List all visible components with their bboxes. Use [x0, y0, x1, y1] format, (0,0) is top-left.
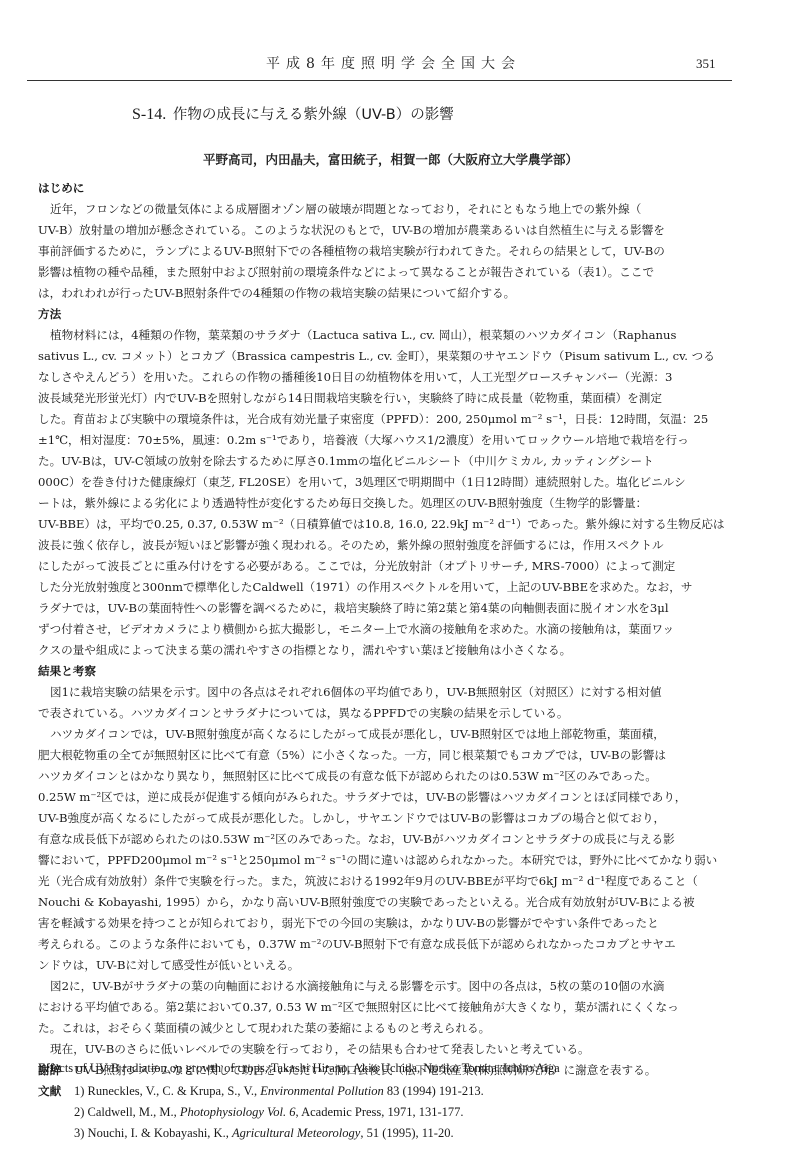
paragraph-line: した。育苗および実験中の環境条件は，光合成有効光量子束密度（PPFD）：200,…: [38, 409, 718, 430]
paragraph-line: 有意な成長低下が認められたのは0.53W m⁻²区のみであった。なお，UV-Bが…: [38, 829, 718, 850]
reference-authors: 3) Nouchi, I. & Kobayashi, K.,: [74, 1126, 232, 1140]
paragraph-line: 現在，UV-Bのさらに低いレベルでの実験を行っており，その結果も合わせて発表した…: [38, 1039, 718, 1060]
page-number: 351: [696, 56, 716, 72]
title-text: 作物の成長に与える紫外線（UV-B）の影響: [173, 107, 454, 123]
paragraph-line: した分光放射強度と300nmで標準化したCaldwell（1971）の作用スペク…: [38, 577, 718, 598]
paragraph-line: ずつ付着させ，ビデオカメラにより横側から拡大撮影し，モニター上で水滴の接触角を求…: [38, 619, 718, 640]
paragraph-line: sativus L., cv. コメット）とコカブ（Brassica campe…: [38, 346, 718, 367]
header-rule: [27, 80, 732, 81]
paragraph-line: 害を軽減する効果を持つことが知られており，弱光下での今回の実験は，かなりUV-B…: [38, 913, 718, 934]
paragraph-line: 近年，フロンなどの微量気体による成層圏オゾン層の破壊が問題となっており，それにと…: [38, 199, 718, 220]
paragraph-line: た。これは，おそらく葉面積の減少として現われた葉の萎縮によるものと考えられる。: [38, 1018, 718, 1039]
paragraph-line: UV-B）放射量の増加が懸念されている。このような状況のもとで，UV-Bの増加が…: [38, 220, 718, 241]
reference-details: , 51 (1995), 11-20.: [360, 1126, 453, 1140]
paragraph-line: UV-B強度が高くなるにしたがって成長が悪化した。しかし，サヤエンドウではUV-…: [38, 808, 718, 829]
reference-item: 3) Nouchi, I. & Kobayashi, K., Agricultu…: [38, 1123, 718, 1144]
paragraph-line: にしたがって波長ごとに重み付けをする必要がある。ここでは，分光放射計（オプトリサ…: [38, 556, 718, 577]
running-header-title: 平成8年度照明学会全国大会: [0, 53, 787, 73]
reference-item: 2) Caldwell, M., M., Photophysiology Vol…: [38, 1102, 718, 1123]
paragraph-line: ハツカダイコンでは，UV-B照射強度が高くなるにしたがって成長が悪化し，UV-B…: [38, 724, 718, 745]
paragraph-line: 植物材料には，4種類の作物，葉菜類のサラダナ（Lactuca sativa L.…: [38, 325, 718, 346]
reference-details: , Academic Press, 1971, 131-177.: [296, 1105, 464, 1119]
paragraph-line: 肥大根乾物重の全てが無照射区に比べて有意（5%）に小さくなった。一方，同じ根菜類…: [38, 745, 718, 766]
paragraph-line: 図2に，UV-Bがサラダナの葉の向軸面における水滴接触角に与える影響を示す。図中…: [38, 976, 718, 997]
reference-authors: 1) Runeckles, V., C. & Krupa, S., V.,: [74, 1084, 260, 1098]
paragraph-line: で表されている。ハツカダイコンとサラダナについては，異なるPPFDでの実験の結果…: [38, 703, 718, 724]
paragraph-line: 波長域発光形蛍光灯）内でUV-Bを照射しながら14日間栽培実験を行い，実験終了時…: [38, 388, 718, 409]
paragraph-line: における平均値である。第2葉において0.37, 0.53 W m⁻²区で無照射区…: [38, 997, 718, 1018]
paragraph-line: 000C）を巻き付けた健康線灯（東芝, FL20SE）を用いて，3処理区で明期間…: [38, 472, 718, 493]
section-heading-results: 結果と考察: [38, 661, 718, 682]
english-title: Effects of UV-B radiation on growth of c…: [38, 1061, 560, 1076]
paragraph-line: クスの量や組成によって決まる葉の濡れやすさの指標となり，濡れやすい葉ほど接触角は…: [38, 640, 718, 661]
paragraph-line: 考えられる。このような条件においても，0.37W m⁻²のUV-B照射下で有意な…: [38, 934, 718, 955]
section-heading-intro: はじめに: [38, 178, 718, 199]
paragraph-line: ±1℃，相対湿度：70±5%，風速：0.2m s⁻¹であり，培養液（大塚ハウス1…: [38, 430, 718, 451]
paragraph-line: ートは，紫外線による劣化により透過特性が変化するため毎日交換した。処理区のUV-…: [38, 493, 718, 514]
paragraph-line: 響において，PPFD200μmol m⁻² s⁻¹と250μmol m⁻² s⁻…: [38, 850, 718, 871]
paragraph-line: Nouchi & Kobayashi, 1995）から，かなり高いUV-B照射強…: [38, 892, 718, 913]
paragraph-line: ンドウは，UV-Bに対して感受性が低いといえる。: [38, 955, 718, 976]
references-label: 文献: [38, 1081, 74, 1102]
session-code: S-14.: [132, 106, 166, 123]
reference-journal: Photophysiology Vol. 6: [180, 1105, 296, 1119]
paragraph-line: 光（光合成有効放射）条件で実験を行った。また，筑波における1992年9月のUV-…: [38, 871, 718, 892]
paragraph-line: 0.25W m⁻²区では，逆に成長が促進する傾向がみられた。サラダナでは，UV-…: [38, 787, 718, 808]
body-text: はじめに 近年，フロンなどの微量気体による成層圏オゾン層の破壊が問題となっており…: [38, 178, 718, 1144]
paragraph-line: 波長に強く依存し，波長が短いほど影響が強く現われる。そのため，紫外線の照射強度を…: [38, 535, 718, 556]
section-heading-methods: 方法: [38, 304, 718, 325]
paragraph-line: ハツカダイコンとはかなり異なり，無照射区に比べて成長の有意な低下が認められたのは…: [38, 766, 718, 787]
paragraph-line: 影響は植物の種や品種，また照射中および照射前の環境条件などによって異なることが報…: [38, 262, 718, 283]
paragraph-line: は，われわれが行ったUV-B照射条件での4種類の作物の栽培実験の結果について紹介…: [38, 283, 718, 304]
reference-details: 83 (1994) 191-213.: [384, 1084, 484, 1098]
reference-authors: 2) Caldwell, M., M.,: [74, 1105, 180, 1119]
paper-title: S-14. 作物の成長に与える紫外線（UV-B）の影響: [132, 103, 454, 124]
paragraph-line: ラダナでは，UV-Bの葉面特性への影響を調べるために，栽培実験終了時に第2葉と第…: [38, 598, 718, 619]
results-lines: 図1に栽培実験の結果を示す。図中の各点はそれぞれ6個体の平均値であり，UV-B無…: [38, 682, 718, 1060]
paragraph-line: た。UV-Bは，UV-C領域の放射を除去するために厚さ0.1mmの塩化ビニルシー…: [38, 451, 718, 472]
paragraph-line: なしさやえんどう）を用いた。これらの作物の播種後10日目の幼植物体を用いて，人工…: [38, 367, 718, 388]
reference-item: 文献1) Runeckles, V., C. & Krupa, S., V., …: [38, 1081, 718, 1102]
paragraph-line: 事前評価するために，ランプによるUV-B照射下での各種植物の栽培実験が行われてき…: [38, 241, 718, 262]
paragraph-line: UV-BBE）は，平均で0.25, 0.37, 0.53W m⁻²（日積算値では…: [38, 514, 718, 535]
reference-journal: Environmental Pollution: [260, 1084, 383, 1098]
reference-journal: Agricultural Meteorology: [232, 1126, 360, 1140]
authors: 平野高司，内田晶夫，富田統子，相賀一郎（大阪府立大学農学部）: [203, 150, 578, 168]
paragraph-line: 図1に栽培実験の結果を示す。図中の各点はそれぞれ6個体の平均値であり，UV-B無…: [38, 682, 718, 703]
